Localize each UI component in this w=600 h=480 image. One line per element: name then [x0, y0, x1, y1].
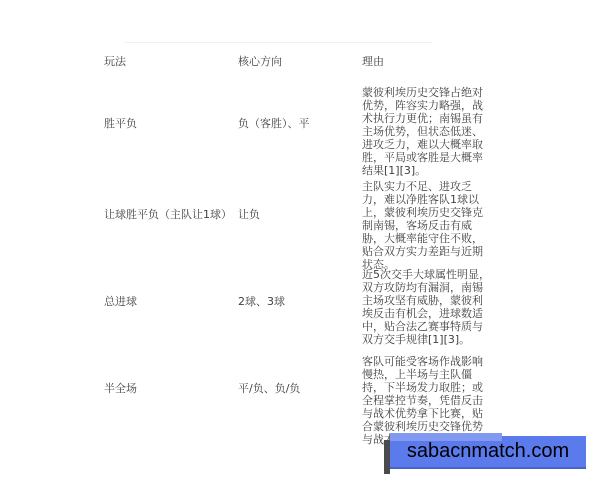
header-direction: 核心方向 [238, 46, 362, 76]
betting-analysis-table: 玩法 核心方向 理由 胜平负 负（客胜）、平 蒙彼利埃历史交锋占绝对优势，阵容实… [104, 46, 492, 432]
header-reason: 理由 [362, 46, 492, 76]
cell-play: 让球胜平负（主队让1球） [104, 170, 238, 258]
table-row: 半全场 平/负、负/负 客队可能受客场作战影响慢热，上半场与主队僵持，下半场发力… [104, 345, 492, 432]
cell-play: 半全场 [104, 345, 238, 432]
table-top-divider [125, 42, 432, 43]
cell-play: 胜平负 [104, 76, 238, 170]
page: 玩法 核心方向 理由 胜平负 负（客胜）、平 蒙彼利埃历史交锋占绝对优势，阵容实… [0, 0, 600, 480]
cell-direction: 让负 [238, 170, 362, 258]
cell-reason: 蒙彼利埃历史交锋占绝对优势，阵容实力略强，战术执行力更优；南锡虽有主场优势，但状… [362, 86, 492, 177]
watermark-highlight [390, 433, 502, 441]
table-row: 让球胜平负（主队让1球） 让负 主队实力不足、进攻乏力，难以净胜客队1球以上，蒙… [104, 170, 492, 258]
table-row: 胜平负 负（客胜）、平 蒙彼利埃历史交锋占绝对优势，阵容实力略强，战术执行力更优… [104, 76, 492, 170]
table-row: 总进球 2球、3球 近5次交手大球属性明显，双方攻防均有漏洞，南锡主场攻坚有威胁… [104, 258, 492, 345]
table-header-row: 玩法 核心方向 理由 [104, 46, 492, 76]
cell-reason: 近5次交手大球属性明显，双方攻防均有漏洞，南锡主场攻坚有威胁，蒙彼利埃反击有机会… [362, 268, 492, 346]
cell-direction: 平/负、负/负 [238, 345, 362, 432]
site-watermark-banner: sabacnmatch.com [384, 433, 586, 474]
cell-direction: 2球、3球 [238, 258, 362, 345]
header-play: 玩法 [104, 46, 238, 76]
cell-play: 总进球 [104, 258, 238, 345]
cell-direction: 负（客胜）、平 [238, 76, 362, 170]
